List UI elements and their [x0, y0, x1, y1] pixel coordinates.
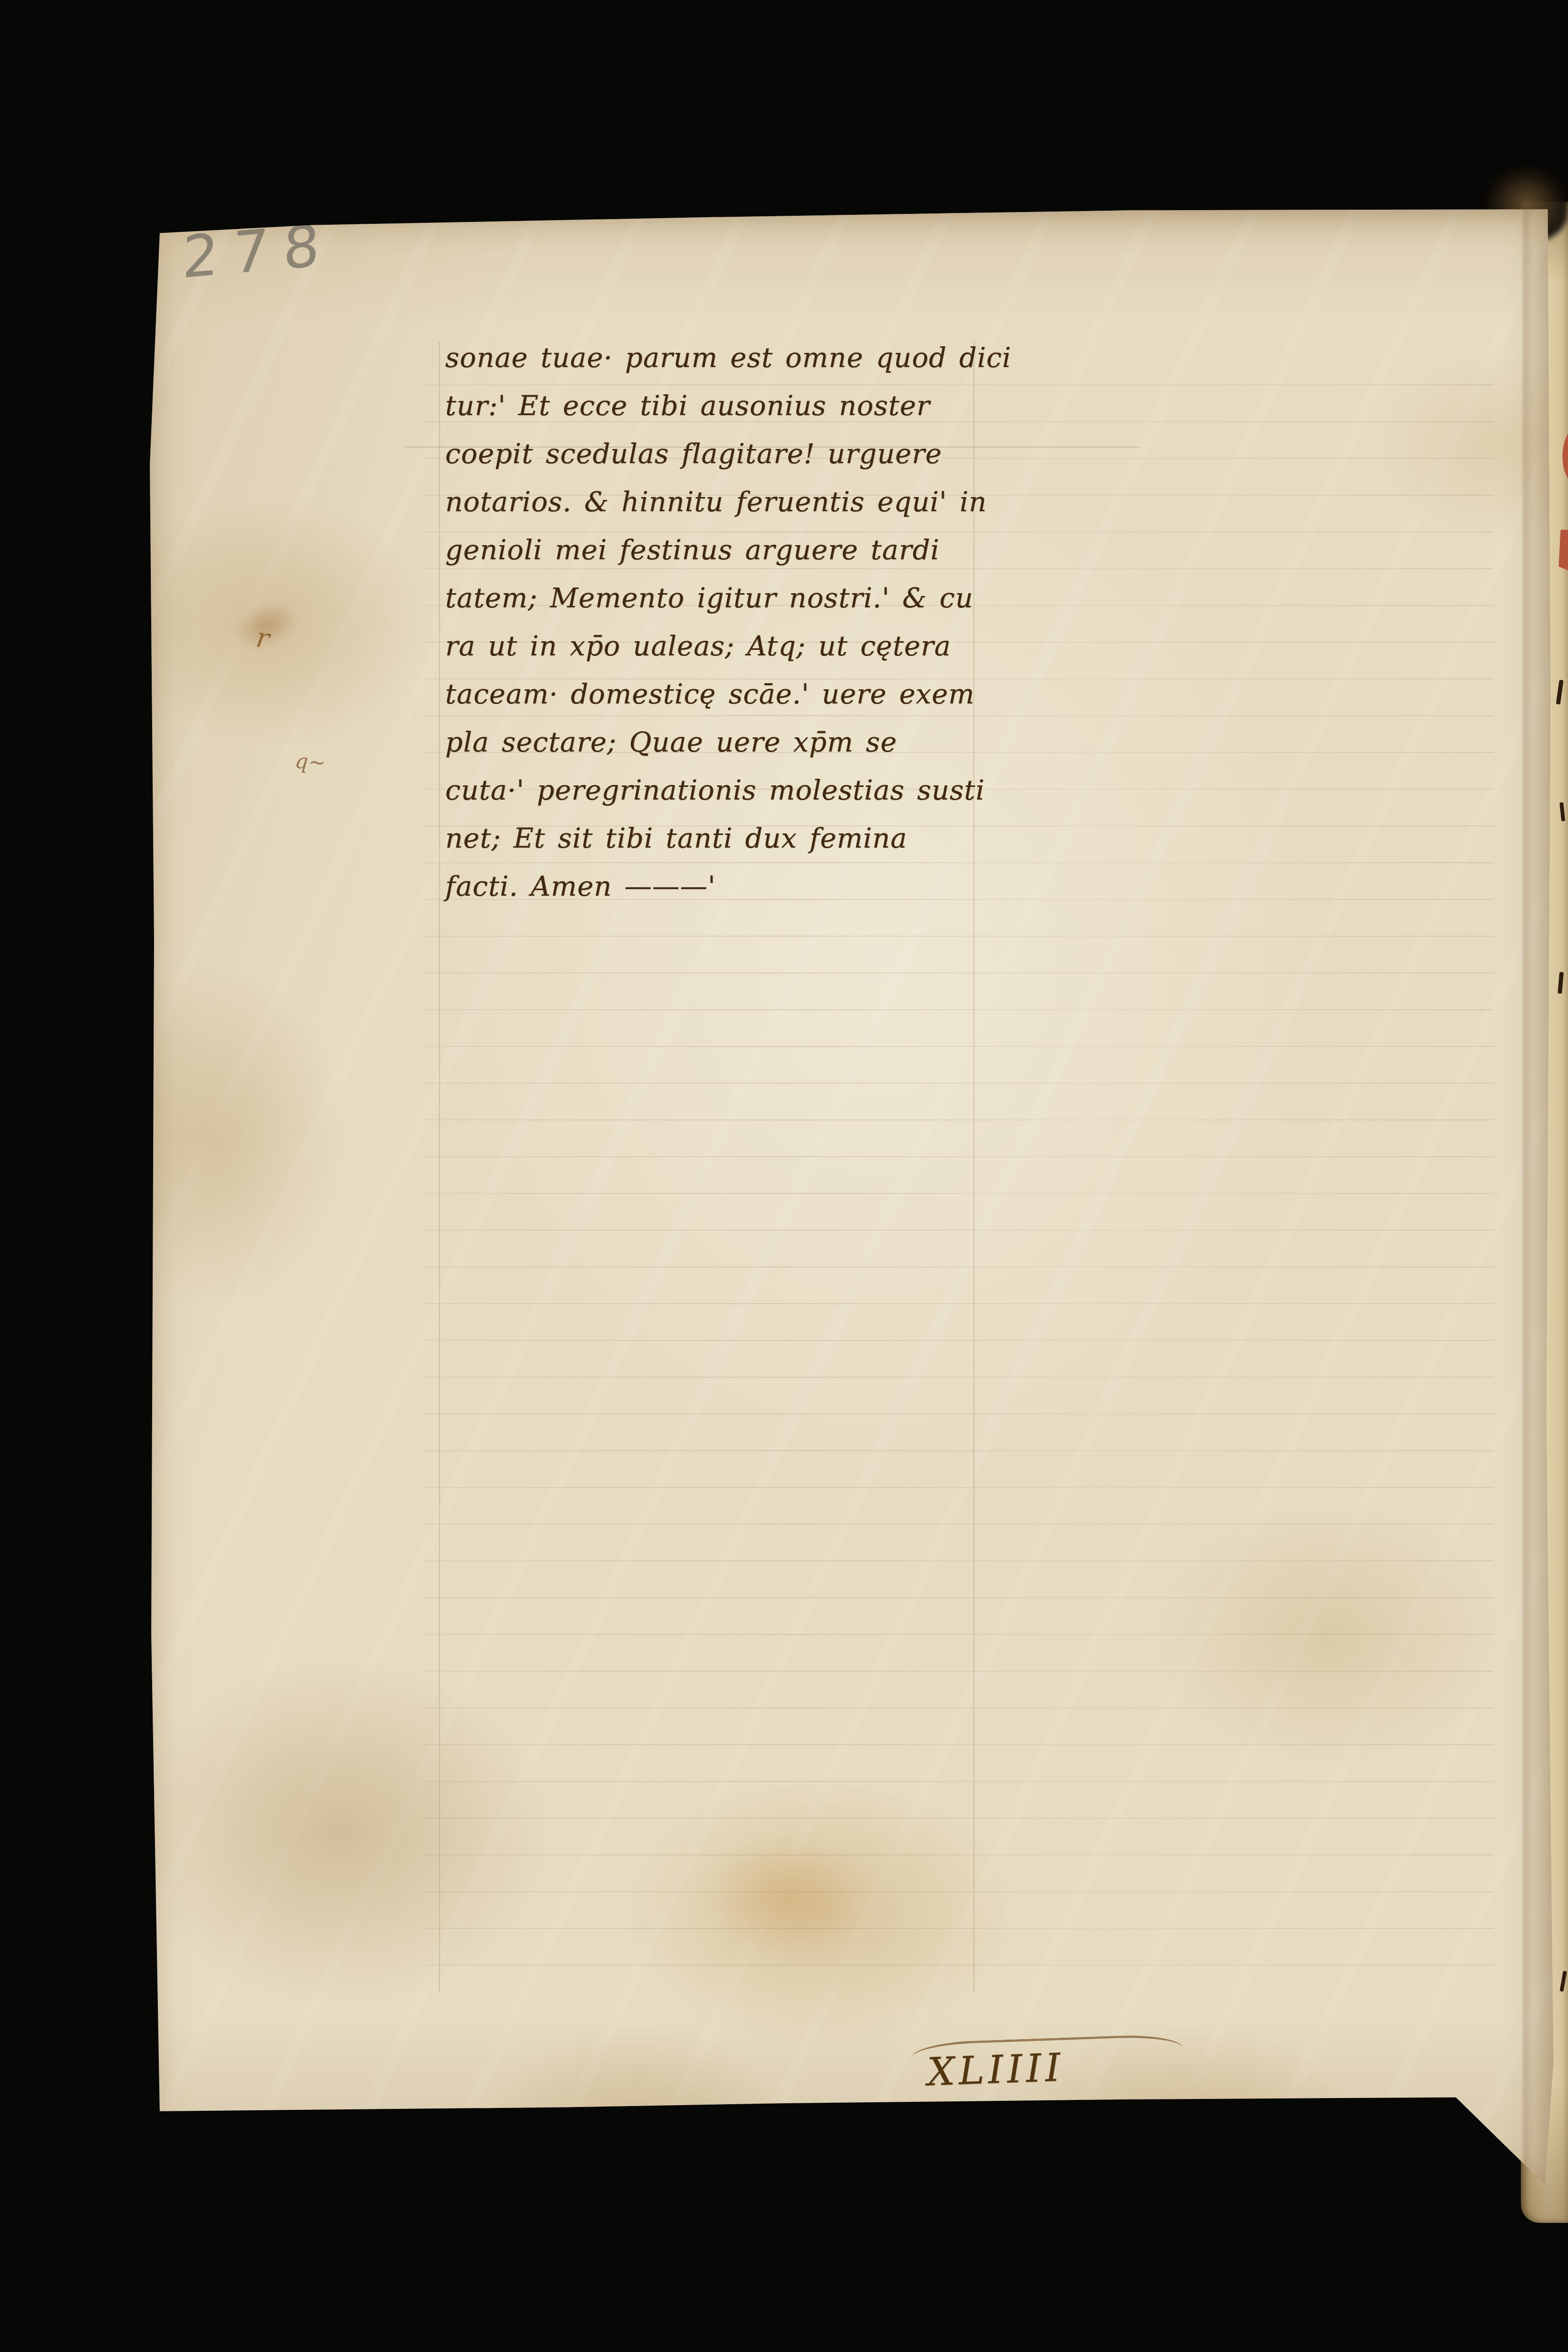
text-line: tur:' Et ecce tibi ausonius noster [445, 382, 987, 430]
text-line: cuta·' peregrinationis molestias susti [445, 766, 987, 814]
folio-number: 278 [181, 211, 334, 292]
text-line: taceam· domesticę scāe.' uere exem [445, 670, 987, 718]
text-line: net; Et sit tibi tanti dux femina [445, 814, 987, 862]
quire-signature: XLIIII [926, 2045, 1065, 2095]
ink-trace [1560, 1971, 1567, 1992]
text-line: pla sectare; Quae uere xp̄m se [445, 718, 987, 766]
manuscript-page: 278 sonae tuae· parum est omne quod dici… [141, 207, 1555, 2189]
margin-mark-lower: q~ [294, 749, 326, 775]
text-line: sonae tuae· parum est omne quod dici [445, 334, 987, 382]
parchment-stain [678, 1819, 895, 1974]
text-line: ra ut in xp̄o ualeas; Atq; ut cętera [445, 622, 987, 670]
text-line: coepit scedulas flagitare! urguere [445, 430, 987, 478]
text-block: sonae tuae· parum est omne quod dici tur… [445, 334, 987, 910]
ink-trace [1556, 680, 1563, 705]
text-line: facti. Amen ———' [445, 862, 987, 910]
ruling-vertical-left [439, 342, 440, 1993]
text-line: genioli mei festinus arguere tardi [445, 526, 987, 574]
photo-background: S 278 sonae tuae· parum est omne quod di… [0, 0, 1568, 2352]
ink-trace [1560, 802, 1565, 822]
ink-trace [1558, 972, 1564, 994]
text-line: notarios. & hinnitu feruentis equi' in [445, 478, 987, 526]
text-line: tatem; Memento igitur nostri.' & cu [445, 574, 987, 622]
